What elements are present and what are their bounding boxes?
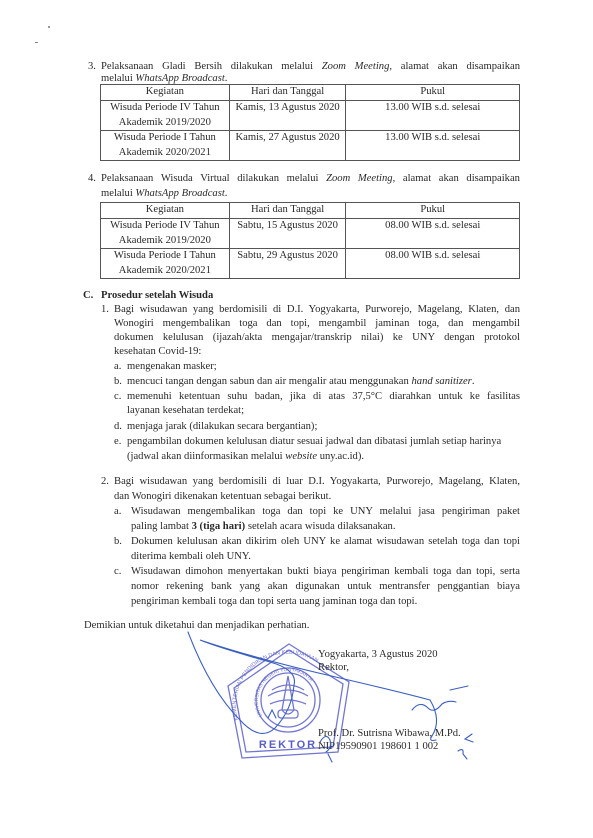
- cell-kegiatan: Wisuda Periode IV TahunAkademik 2019/202…: [101, 219, 230, 249]
- c-item-1-line: dokumen kelulusan (ijazah/akta mengajar/…: [114, 331, 520, 345]
- table-header-row: Kegiatan Hari dan Tanggal Pukul: [101, 85, 520, 101]
- sub-letter: b.: [114, 375, 122, 389]
- header-pukul: Pukul: [346, 203, 520, 219]
- sub-text: pengiriman kembali toga dan topi serta u…: [131, 595, 417, 609]
- sub-text: mengenakan masker;: [127, 360, 217, 374]
- sub-text: layanan kesehatan terdekat;: [127, 404, 244, 418]
- sub-letter: c.: [114, 565, 121, 579]
- handwritten-signature-icon: [180, 630, 480, 770]
- sub-text: Wisudawan mengembalikan toga dan topi ke…: [131, 505, 520, 519]
- header-tanggal: Hari dan Tanggal: [229, 203, 346, 219]
- cell-pukul: 13.00 WIB s.d. selesai: [346, 101, 520, 131]
- item-4-line2-prefix: melalui: [101, 188, 135, 199]
- sub-letter: e.: [114, 435, 121, 449]
- section-c-heading: Prosedur setelah Wisuda: [101, 289, 213, 303]
- cell-tanggal: Sabtu, 29 Agustus 2020: [229, 249, 346, 279]
- gladi-schedule-table: Kegiatan Hari dan Tanggal Pukul Wisuda P…: [100, 84, 520, 161]
- sub-text: Wisudawan dimohon menyertakan bukti biay…: [131, 565, 520, 579]
- sub-text: mencuci tangan dengan sabun dan air meng…: [127, 375, 474, 389]
- item-3-text-italic: Zoom Meeting,: [322, 61, 392, 72]
- sub-letter: c.: [114, 390, 121, 404]
- cell-kegiatan: Wisuda Periode IV TahunAkademik 2019/202…: [101, 101, 230, 131]
- scan-speck: [48, 26, 50, 28]
- sub-letter: a.: [114, 360, 121, 374]
- item-4-text: Pelaksanaan Wisuda Virtual dilakukan mel…: [101, 172, 520, 186]
- sub-text: nomor rekening bank yang akan digunakan …: [131, 580, 520, 594]
- c-item-2-number: 2.: [101, 475, 109, 489]
- c-item-1-line: Wonogiri mengembalikan toga dan topi, me…: [114, 317, 520, 331]
- sub-text: paling lambat 3 (tiga hari) setelah acar…: [131, 520, 395, 534]
- sub-text: memenuhi ketentuan suhu badan, jika di a…: [127, 390, 520, 404]
- c-item-1-line: kesehatan Covid-19:: [114, 345, 201, 359]
- item-3-line2-prefix: melalui: [101, 73, 135, 84]
- item-3-line2-italic: WhatsApp Broadcast: [135, 73, 224, 84]
- header-tanggal: Hari dan Tanggal: [229, 85, 346, 101]
- item-4-text-italic: Zoom Meeting,: [326, 173, 395, 184]
- c-item-2-line: dan Wonogiri dikenakan ketentuan sebagai…: [114, 490, 331, 504]
- scan-speck: [35, 42, 38, 43]
- item-4-line2-italic: WhatsApp Broadcast: [135, 188, 224, 199]
- header-pukul: Pukul: [346, 85, 520, 101]
- item-3-number: 3.: [88, 60, 96, 74]
- cell-tanggal: Kamis, 13 Agustus 2020: [229, 101, 346, 131]
- item-3-line2-suffix: .: [225, 73, 228, 84]
- sub-text: pengambilan dokumen kelulusan diatur ses…: [127, 435, 501, 449]
- item-3-text-b: alamat akan disampaikan: [392, 61, 520, 72]
- sub-text: menjaga jarak (dilakukan secara berganti…: [127, 420, 317, 434]
- wisuda-schedule-table: Kegiatan Hari dan Tanggal Pukul Wisuda P…: [100, 202, 520, 279]
- item-3-text-a: Pelaksanaan Gladi Bersih dilakukan melal…: [101, 61, 322, 72]
- cell-pukul: 08.00 WIB s.d. selesai: [346, 219, 520, 249]
- sub-letter: d.: [114, 420, 122, 434]
- table-row: Wisuda Periode I TahunAkademik 2020/2021…: [101, 131, 520, 161]
- item-4-text-a: Pelaksanaan Wisuda Virtual dilakukan mel…: [101, 173, 326, 184]
- item-4-line2-suffix: .: [225, 188, 228, 199]
- table-row: Wisuda Periode IV TahunAkademik 2019/202…: [101, 101, 520, 131]
- item-4-number: 4.: [88, 172, 96, 186]
- cell-kegiatan: Wisuda Periode I TahunAkademik 2020/2021: [101, 131, 230, 161]
- sub-text: (jadwal akan diinformasikan melalui webs…: [127, 450, 364, 464]
- sub-text: Dokumen kelulusan akan dikirim oleh UNY …: [131, 535, 520, 549]
- cell-tanggal: Sabtu, 15 Agustus 2020: [229, 219, 346, 249]
- header-kegiatan: Kegiatan: [101, 85, 230, 101]
- table-row: Wisuda Periode IV TahunAkademik 2019/202…: [101, 219, 520, 249]
- c-item-1-line: Bagi wisudawan yang berdomisili di D.I. …: [114, 303, 520, 317]
- cell-tanggal: Kamis, 27 Agustus 2020: [229, 131, 346, 161]
- header-kegiatan: Kegiatan: [101, 203, 230, 219]
- sub-letter: b.: [114, 535, 122, 549]
- cell-pukul: 08.00 WIB s.d. selesai: [346, 249, 520, 279]
- cell-kegiatan: Wisuda Periode I TahunAkademik 2020/2021: [101, 249, 230, 279]
- sub-text: diterima kembali oleh UNY.: [131, 550, 251, 564]
- c-item-2-line: Bagi wisudawan yang berdomisili di luar …: [114, 475, 520, 489]
- item-4-text-b: alamat akan disampaikan: [395, 173, 520, 184]
- cell-pukul: 13.00 WIB s.d. selesai: [346, 131, 520, 161]
- table-header-row: Kegiatan Hari dan Tanggal Pukul: [101, 203, 520, 219]
- c-item-1-number: 1.: [101, 303, 109, 317]
- table-row: Wisuda Periode I TahunAkademik 2020/2021…: [101, 249, 520, 279]
- item-4-line2: melalui WhatsApp Broadcast.: [101, 187, 227, 201]
- sub-letter: a.: [114, 505, 121, 519]
- section-c-letter: C.: [83, 289, 93, 303]
